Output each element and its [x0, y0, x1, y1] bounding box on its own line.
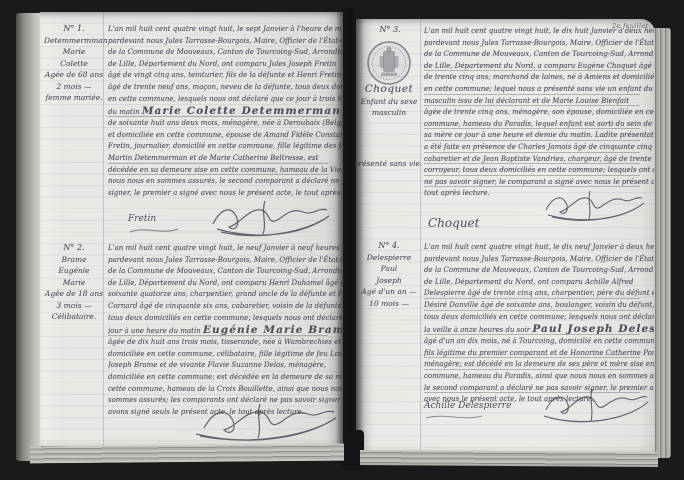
act1-margin-line: femme mariée. — [44, 92, 104, 104]
act-line: de Lille, Département du Nord, ont compa… — [108, 59, 342, 71]
act1-deceased-name-line: du matin Marie Colette Detemmerman âgée — [108, 105, 342, 118]
act-line: Désiré Danville âgé de soixante ans, bou… — [424, 300, 654, 312]
act-line: fils légitime du premier comparant et de… — [424, 348, 654, 360]
signature-flourish — [424, 412, 484, 421]
act4-number: N° 4. — [358, 240, 420, 252]
act-line: nous nous en sommes assurés, le second c… — [108, 176, 342, 188]
mayor-signature-flourish — [540, 188, 650, 224]
act1-margin-line: 2 mois — — [44, 81, 104, 93]
act1-margin-note: N° 1. Detemmermman Marie Colette Agée de… — [44, 23, 104, 104]
act-line: Delespierre âgé de trente cinq ans, char… — [424, 288, 654, 300]
act1-mayor-signature — [205, 198, 335, 238]
act2-body: L'an mil huit cent quatre vingt huit, le… — [108, 243, 342, 418]
signature-text: Choquet — [428, 216, 479, 230]
act-line: L'an mil huit cent quatre vingt huit, le… — [108, 24, 342, 36]
register-book-scan: 2e feuillet. N° 1. Detemmermman Marie Co… — [0, 0, 684, 480]
act-line: pardevant nous Jules Tarrasse-Bourgois, … — [108, 36, 342, 48]
act-line: de Lille, Département du Nord, ont compa… — [424, 277, 654, 289]
act-line: cabaretier et de Jean Baptiste Vandries,… — [424, 154, 654, 166]
act-line: de trente cinq ans, marchand de laines, … — [424, 72, 654, 84]
act1-margin-line: Colette — [44, 58, 104, 70]
act2-deceased-name-line: jour à une heure du matin Eugénie Marie … — [108, 324, 342, 337]
official-seal-icon — [366, 40, 412, 86]
act-line: âgé de trente neuf ans, maçon, neveu de … — [108, 82, 342, 94]
act2-margin-note: N° 2. Brame Eugénie Marie Agée de 18 ans… — [44, 242, 104, 323]
bottom-page-stack-right — [360, 450, 658, 467]
act-line: L'an mil huit cent quatre vingt huit, le… — [424, 26, 654, 38]
mayor-signature-flourish — [540, 386, 652, 426]
act-line: de Lille, Département du Nord, ont compa… — [108, 278, 342, 290]
act2-mayor-signature — [190, 400, 340, 442]
act2-margin-line: Agée de 18 ans — [44, 288, 104, 300]
act-line: et domiciliée en cette commune, épouse d… — [108, 130, 342, 142]
act-line: commune, hameau du Paradis, lequel enfan… — [424, 119, 654, 131]
act-line: cette commune, hameau de la Croix Bouill… — [108, 384, 342, 396]
signature-text: Achille Delespierre — [424, 401, 511, 411]
deceased-name: Paul Joseph Delespierre — [532, 323, 654, 335]
act4-deceased-name-line: la veille à onze heures du soir Paul Jos… — [424, 323, 654, 336]
act-line: soixante quatorze ans, charpentier, gran… — [108, 289, 342, 301]
act-line: de Lille, Département du Nord, a comparu… — [424, 61, 654, 73]
act3-margin-number: N° 3. — [360, 24, 420, 36]
act2-margin-line: Célibataire. — [44, 311, 104, 323]
act2-margin-line: Eugénie — [44, 265, 104, 277]
act4-mayor-signature — [540, 386, 652, 426]
act1-margin-line: Marie — [44, 46, 104, 58]
act-line: masculin issu de lui déclarant et de Mar… — [424, 96, 654, 108]
act-line: L'an mil huit cent quatre vingt huit, le… — [108, 243, 342, 255]
act4-margin-line: Joseph — [358, 275, 420, 287]
name-line-pre: du matin — [108, 108, 140, 116]
act3-margin-line: masculin — [356, 107, 422, 119]
act3-margin-note: Choquet Enfant du sexe masculin — [356, 84, 422, 119]
act-line: Cornard âgé de cinquante six ans, cabare… — [108, 301, 342, 313]
act1-declarant-signature: Fretin — [128, 206, 180, 235]
name-line-pre: jour à une heure du matin — [108, 327, 201, 335]
act-line: pardevant nous Jules Tarrasse-Bourgois, … — [424, 38, 654, 50]
act4-margin-line: Paul — [358, 263, 420, 275]
act1-margin-line: Agée de 68 ans — [44, 69, 104, 81]
act3-number: N° 3. — [360, 24, 420, 36]
act3-margin-line: Enfant du sexe — [356, 96, 422, 108]
act3-mayor-signature — [540, 188, 650, 224]
act2-margin-line: 3 mois — — [44, 300, 104, 312]
act2-margin-line: Marie — [44, 277, 104, 289]
name-line-pre: la veille à onze heures du soir — [424, 326, 530, 334]
mayor-signature-flourish — [205, 198, 335, 238]
act-line: en cette commune; lequel nous a présenté… — [424, 84, 654, 96]
act-line: âgé de vingt cinq ans, teinturier, fils … — [108, 70, 342, 82]
act2-margin-surname: Brame — [44, 254, 104, 266]
act-line: de soixante huit ans deux mois, ménagère… — [108, 118, 342, 130]
act-line: corroyeur, tous deux domiciliés en cette… — [424, 165, 654, 177]
act-line: commune, hameau du Paradis, ainsi que no… — [424, 371, 654, 383]
act4-body: L'an mil huit cent quatre vingt huit, le… — [424, 242, 654, 406]
act-line: ne pas savoir signer, le comparant a sig… — [424, 177, 654, 189]
act-line: âgée de dix huit ans trois mois, tissera… — [108, 337, 342, 349]
act1-number: N° 1. — [44, 23, 104, 35]
book-gutter-shadow — [336, 9, 364, 467]
act4-margin-surname: Delespierre — [358, 252, 420, 264]
act-line: tous deux domiciliés en cette commune; l… — [424, 312, 654, 324]
act-line: domiciliée en cette commune, célibataire… — [108, 349, 342, 361]
act4-margin-note: N° 4. Delespierre Paul Joseph Agé d'un a… — [358, 240, 420, 309]
act-line: L'an mil huit cent quatre vingt huit, le… — [424, 242, 654, 254]
act-line: pardevant nous Jules Tarrasse-Bourgois, … — [424, 254, 654, 266]
act-line: ménagère; est décédé en la demeure de se… — [424, 359, 654, 371]
act-line: de la Commune de Mouveaux, Canton de Tou… — [108, 266, 342, 278]
act-line: Fretin, journalier, domicilié en cette c… — [108, 141, 342, 153]
act3-declarant-signature: Choquet — [428, 212, 479, 231]
act-line: Joseph Brame et de vivante Flavie Suzann… — [108, 360, 342, 372]
act-line: Martin Detemmerman et de Marie Catherine… — [108, 153, 342, 165]
act-line: pardevant nous Jules Tarrasse-Bourgois, … — [108, 255, 342, 267]
act-line: âgé d'un an dix mois, né à Tourcoing, do… — [424, 336, 654, 348]
act-line: sa mère ce jour à une heure et demie du … — [424, 130, 654, 142]
right-page-stack-edge — [653, 28, 671, 458]
mayor-signature-flourish — [190, 400, 340, 442]
act-line: domiciliée en cette commune; est décédée… — [108, 372, 342, 384]
act-line: en cette commune, lesquels nous ont décl… — [108, 94, 342, 106]
act-line: tous deux domiciliés en cette commune; l… — [108, 313, 342, 325]
act-line: âgée de trente cinq ans, ménagère, son é… — [424, 107, 654, 119]
bottom-page-stack-left — [30, 444, 344, 464]
act2-number: N° 2. — [44, 242, 104, 254]
act-line: de la Commune de Mouveaux, Canton de Tou… — [424, 49, 654, 61]
act3-margin-surname: Choquet — [356, 84, 422, 96]
signature-flourish — [128, 225, 180, 235]
act-line: de la Commune de Mouveaux, Canton de Tou… — [424, 265, 654, 277]
act4-margin-line: Agé d'un an — — [358, 286, 420, 298]
deceased-name: Marie Colette Detemmerman — [142, 105, 341, 117]
act3-body: L'an mil huit cent quatre vingt huit, le… — [424, 26, 654, 200]
signature-text: Fretin — [128, 214, 156, 224]
act4-declarant-signature: Achille Delespierre — [424, 393, 511, 421]
act-line: de la Commune de Mouveaux, Canton de Tou… — [108, 47, 342, 59]
deceased-name: Eugénie Marie Brame — [203, 324, 342, 336]
act1-body: L'an mil huit cent quatre vingt huit, le… — [108, 24, 342, 199]
left-page-stack-edge — [16, 13, 41, 461]
act1-margin-surname: Detemmermman — [44, 35, 104, 47]
act-line: a été faite en présence de Charles Jamai… — [424, 142, 654, 154]
act4-margin-line: 10 mois — — [358, 298, 420, 310]
act-line: décédée en sa demeure sise en cette comm… — [108, 165, 342, 177]
